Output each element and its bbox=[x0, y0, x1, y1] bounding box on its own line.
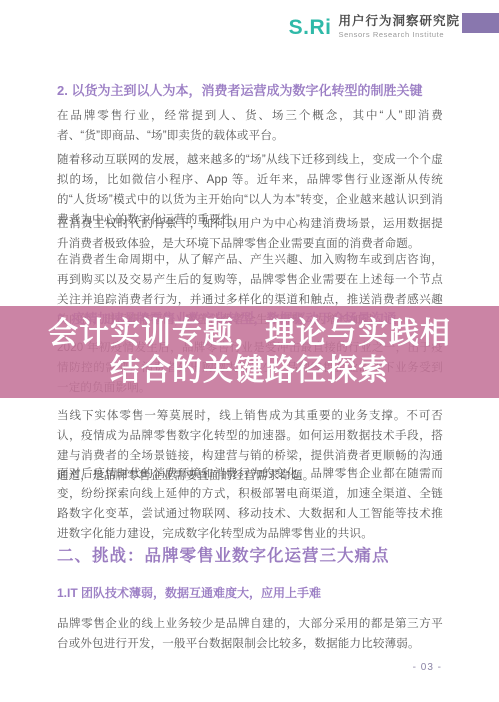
paragraph-consumer-sovereignty: 在消费主权时代的背景下，如何以用户为中心构建消费场景，运用数据提升消费者极致体验… bbox=[57, 214, 443, 254]
subheading-it-team-weak: 1.IT 团队技术薄弱，数据互通难度大，应用上手难 bbox=[57, 584, 443, 601]
paragraph-post-pandemic-change: 面对后疫情时代的消费环境和消费行为的变化，品牌零售企业都在随需而变，纷纷探索向线… bbox=[57, 464, 443, 544]
org-name-cn: 用户行为洞察研究院 bbox=[338, 14, 460, 30]
watermark-title-line1: 会计实训专题，理论与实践相 bbox=[48, 315, 451, 352]
paragraph-third-party-platform: 品牌零售企业的线上业务较少是品牌自建的，大部分采用的都是第三方平台或外包进行开发… bbox=[57, 614, 443, 654]
brand-logo-group: S.Ri 用户行为洞察研究院 Sensors Research Institut… bbox=[289, 14, 460, 39]
section-title-challenges: 二、挑战：品牌零售业数字化运营三大痛点 bbox=[57, 542, 443, 566]
corner-accent-rect bbox=[462, 13, 499, 33]
org-name-en: Sensors Research Institute bbox=[338, 30, 460, 40]
report-page: S.Ri 用户行为洞察研究院 Sensors Research Institut… bbox=[0, 0, 499, 702]
sri-logo-icon: S.Ri bbox=[289, 15, 332, 38]
paragraph-people-goods-place: 在品牌零售行业，经常提到人、货、场三个概念，其中“人”即消费者、“货”即商品、“… bbox=[57, 106, 443, 146]
heading-consumer-operation: 2. 以货为主到以人为本，消费者运营成为数字化转型的制胜关键 bbox=[57, 82, 443, 100]
page-number: - 03 - bbox=[413, 662, 442, 673]
brand-names: 用户行为洞察研究院 Sensors Research Institute bbox=[338, 14, 460, 39]
watermark-title-line2: 结合的关键路径探索 bbox=[110, 352, 389, 389]
watermark-overlay-band: 会计实训专题，理论与实践相 结合的关键路径探索 bbox=[0, 306, 499, 398]
